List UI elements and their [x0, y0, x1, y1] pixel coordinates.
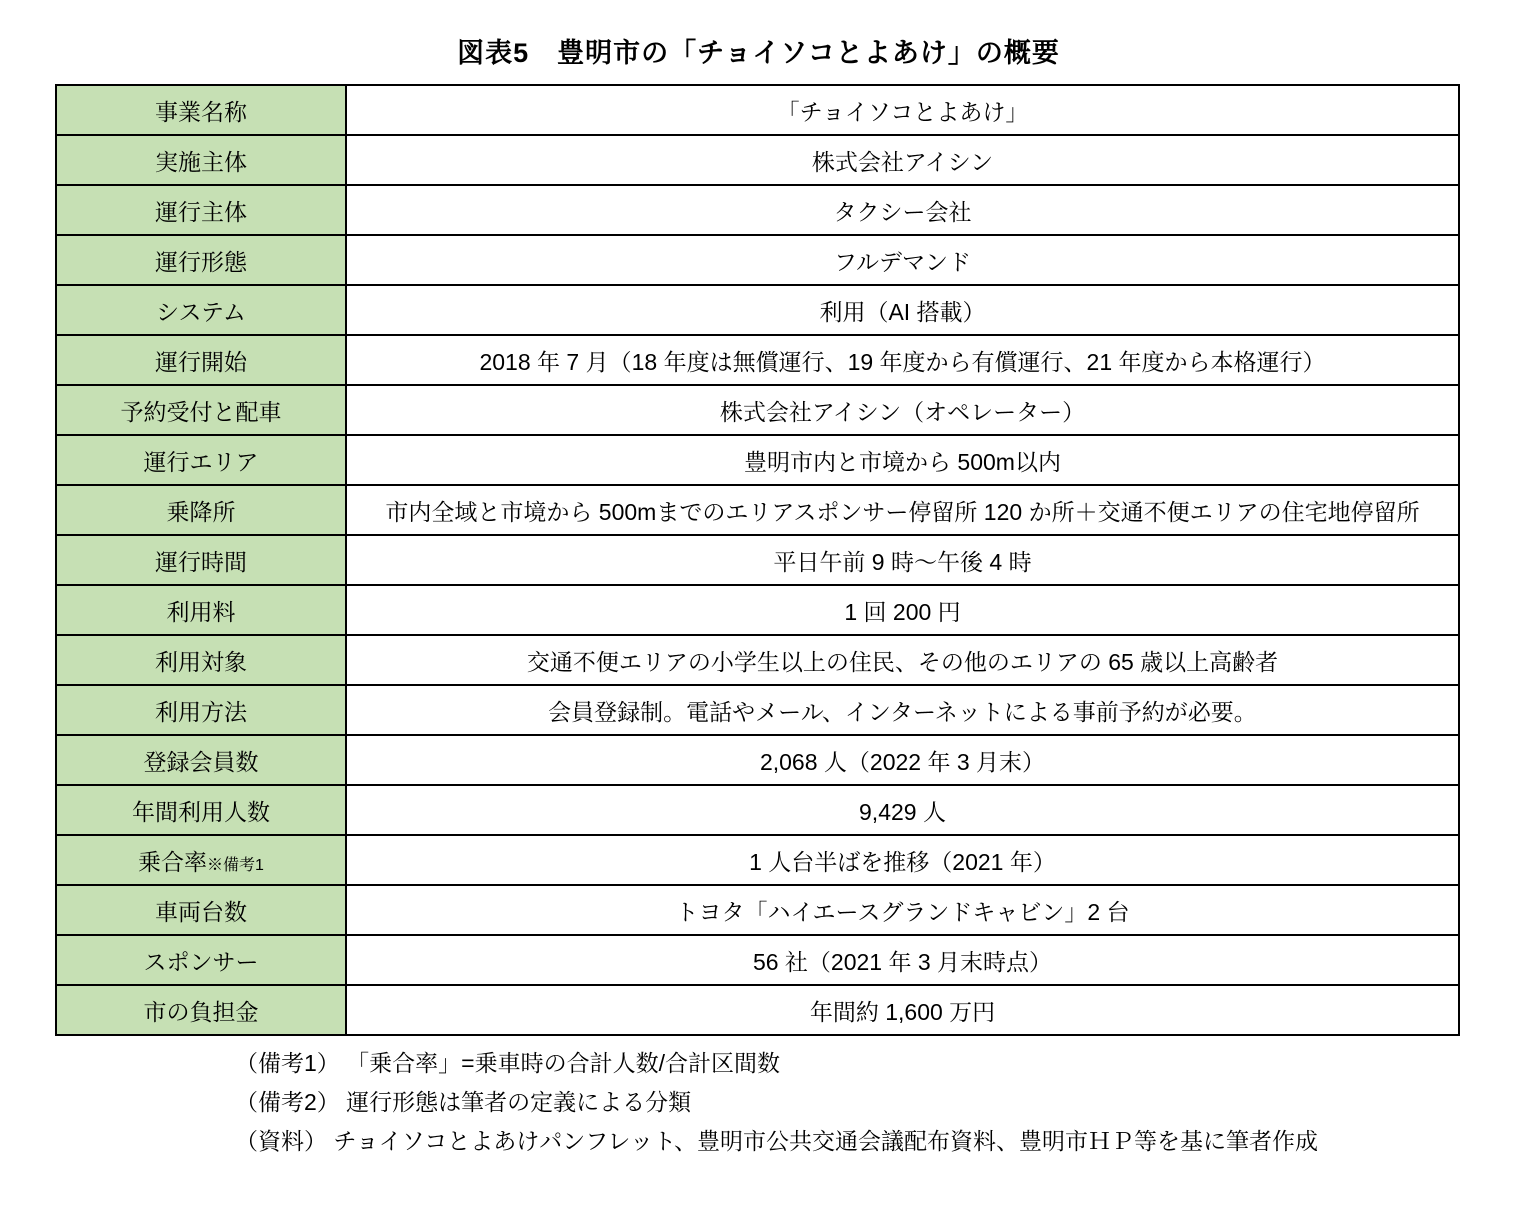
- table-row: 車両台数 トヨタ「ハイエースグランドキャビン」2 台: [56, 885, 1459, 935]
- row-value: 1 回 200 円: [346, 585, 1459, 635]
- row-value: 「チョイソコとよあけ」: [346, 85, 1459, 135]
- row-value: 市内全域と市境から 500mまでのエリアスポンサー停留所 120 か所＋交通不便…: [346, 485, 1459, 535]
- row-value: 年間約 1,600 万円: [346, 985, 1459, 1035]
- row-label: 利用方法: [56, 685, 346, 735]
- row-label: 車両台数: [56, 885, 346, 935]
- table-row: 利用料 1 回 200 円: [56, 585, 1459, 635]
- row-value: 2,068 人（2022 年 3 月末）: [346, 735, 1459, 785]
- row-value: 利用（AI 搭載）: [346, 285, 1459, 335]
- row-label: 実施主体: [56, 135, 346, 185]
- footnote-remark-2: （備考2） 運行形態は筆者の定義による分類: [235, 1083, 1517, 1122]
- row-value: 株式会社アイシン（オペレーター）: [346, 385, 1459, 435]
- table-row: 予約受付と配車 株式会社アイシン（オペレーター）: [56, 385, 1459, 435]
- row-label: 年間利用人数: [56, 785, 346, 835]
- table-row: 年間利用人数 9,429 人: [56, 785, 1459, 835]
- table-row: 運行時間 平日午前 9 時～午後 4 時: [56, 535, 1459, 585]
- row-label: 事業名称: [56, 85, 346, 135]
- row-label: 予約受付と配車: [56, 385, 346, 435]
- overview-table: 事業名称 「チョイソコとよあけ」 実施主体 株式会社アイシン 運行主体 タクシー…: [55, 84, 1460, 1036]
- table-row: 利用方法 会員登録制。電話やメール、インターネットによる事前予約が必要。: [56, 685, 1459, 735]
- figure-title: 図表5 豊明市の「チョイソコとよあけ」の概要: [0, 0, 1517, 70]
- row-label: システム: [56, 285, 346, 335]
- table-row: 運行主体 タクシー会社: [56, 185, 1459, 235]
- row-value: 1 人台半ばを推移（2021 年）: [346, 835, 1459, 885]
- row-label: 市の負担金: [56, 985, 346, 1035]
- table-row: スポンサー 56 社（2021 年 3 月末時点）: [56, 935, 1459, 985]
- row-value: フルデマンド: [346, 235, 1459, 285]
- row-label: 運行開始: [56, 335, 346, 385]
- row-value: 56 社（2021 年 3 月末時点）: [346, 935, 1459, 985]
- row-value: 株式会社アイシン: [346, 135, 1459, 185]
- table-row: 利用対象 交通不便エリアの小学生以上の住民、その他のエリアの 65 歳以上高齢者: [56, 635, 1459, 685]
- row-value: タクシー会社: [346, 185, 1459, 235]
- footnote-source: （資料） チョイソコとよあけパンフレット、豊明市公共交通会議配布資料、豊明市ＨＰ…: [235, 1122, 1517, 1161]
- footnotes: （備考1） 「乗合率」=乗車時の合計人数/合計区間数 （備考2） 運行形態は筆者…: [235, 1044, 1517, 1161]
- row-label: 利用料: [56, 585, 346, 635]
- table-row: 実施主体 株式会社アイシン: [56, 135, 1459, 185]
- row-label-note: ※備考1: [207, 857, 264, 874]
- row-label: 運行時間: [56, 535, 346, 585]
- table-row: 事業名称 「チョイソコとよあけ」: [56, 85, 1459, 135]
- row-value: 豊明市内と市境から 500m以内: [346, 435, 1459, 485]
- table-row: 市の負担金 年間約 1,600 万円: [56, 985, 1459, 1035]
- table-row: 運行開始 2018 年 7 月（18 年度は無償運行、19 年度から有償運行、2…: [56, 335, 1459, 385]
- table-row: システム 利用（AI 搭載）: [56, 285, 1459, 335]
- table-row: 乗降所 市内全域と市境から 500mまでのエリアスポンサー停留所 120 か所＋…: [56, 485, 1459, 535]
- row-value: 平日午前 9 時～午後 4 時: [346, 535, 1459, 585]
- row-label: 登録会員数: [56, 735, 346, 785]
- row-value: 2018 年 7 月（18 年度は無償運行、19 年度から有償運行、21 年度か…: [346, 335, 1459, 385]
- row-label: 乗降所: [56, 485, 346, 535]
- table-row: 登録会員数 2,068 人（2022 年 3 月末）: [56, 735, 1459, 785]
- row-label: 運行エリア: [56, 435, 346, 485]
- row-label: 利用対象: [56, 635, 346, 685]
- row-label: スポンサー: [56, 935, 346, 985]
- row-label: 運行形態: [56, 235, 346, 285]
- row-value: 交通不便エリアの小学生以上の住民、その他のエリアの 65 歳以上高齢者: [346, 635, 1459, 685]
- row-value: 会員登録制。電話やメール、インターネットによる事前予約が必要。: [346, 685, 1459, 735]
- row-value: 9,429 人: [346, 785, 1459, 835]
- table-row: 運行エリア 豊明市内と市境から 500m以内: [56, 435, 1459, 485]
- row-label: 乗合率※備考1: [56, 835, 346, 885]
- table-row: 運行形態 フルデマンド: [56, 235, 1459, 285]
- document-page: 図表5 豊明市の「チョイソコとよあけ」の概要 事業名称 「チョイソコとよあけ」 …: [0, 0, 1517, 1212]
- footnote-remark-1: （備考1） 「乗合率」=乗車時の合計人数/合計区間数: [235, 1044, 1517, 1083]
- row-value: トヨタ「ハイエースグランドキャビン」2 台: [346, 885, 1459, 935]
- table-row: 乗合率※備考1 1 人台半ばを推移（2021 年）: [56, 835, 1459, 885]
- row-label: 運行主体: [56, 185, 346, 235]
